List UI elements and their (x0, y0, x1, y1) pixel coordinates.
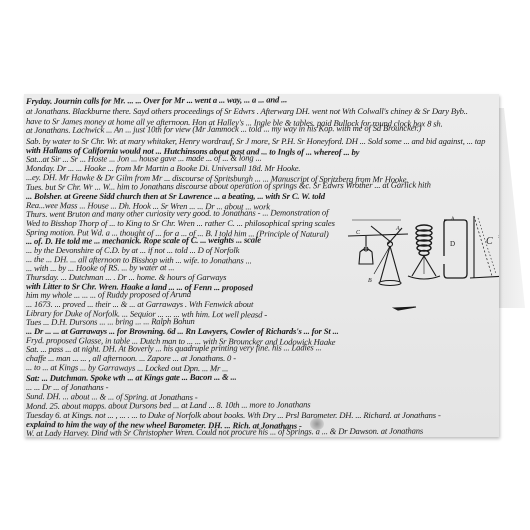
svg-text:D: D (450, 240, 455, 248)
svg-text:C: C (486, 236, 493, 247)
greeting-card-front: Fryday. Journin calls for Mr. ... ... Ov… (24, 94, 499, 437)
card-back-panel (495, 108, 525, 308)
manuscript-line: at Jonathans. Blackburne there. Sayd oth… (26, 106, 468, 116)
svg-text:A: A (451, 217, 455, 222)
manuscript-line: at Jonathans. Lachwick ... An ... just 1… (26, 123, 421, 135)
svg-text::: : (498, 235, 499, 240)
ink-smudge (310, 418, 324, 430)
manuscript-line: Fryday. Journin calls for Mr. ... ... Ov… (26, 94, 287, 106)
scientific-sketch-illustration: C A B D A (346, 212, 499, 312)
manuscript-line: W. at Lady Harvey. Dind wth Sr Christoph… (26, 426, 423, 437)
svg-text:B: B (368, 278, 372, 284)
